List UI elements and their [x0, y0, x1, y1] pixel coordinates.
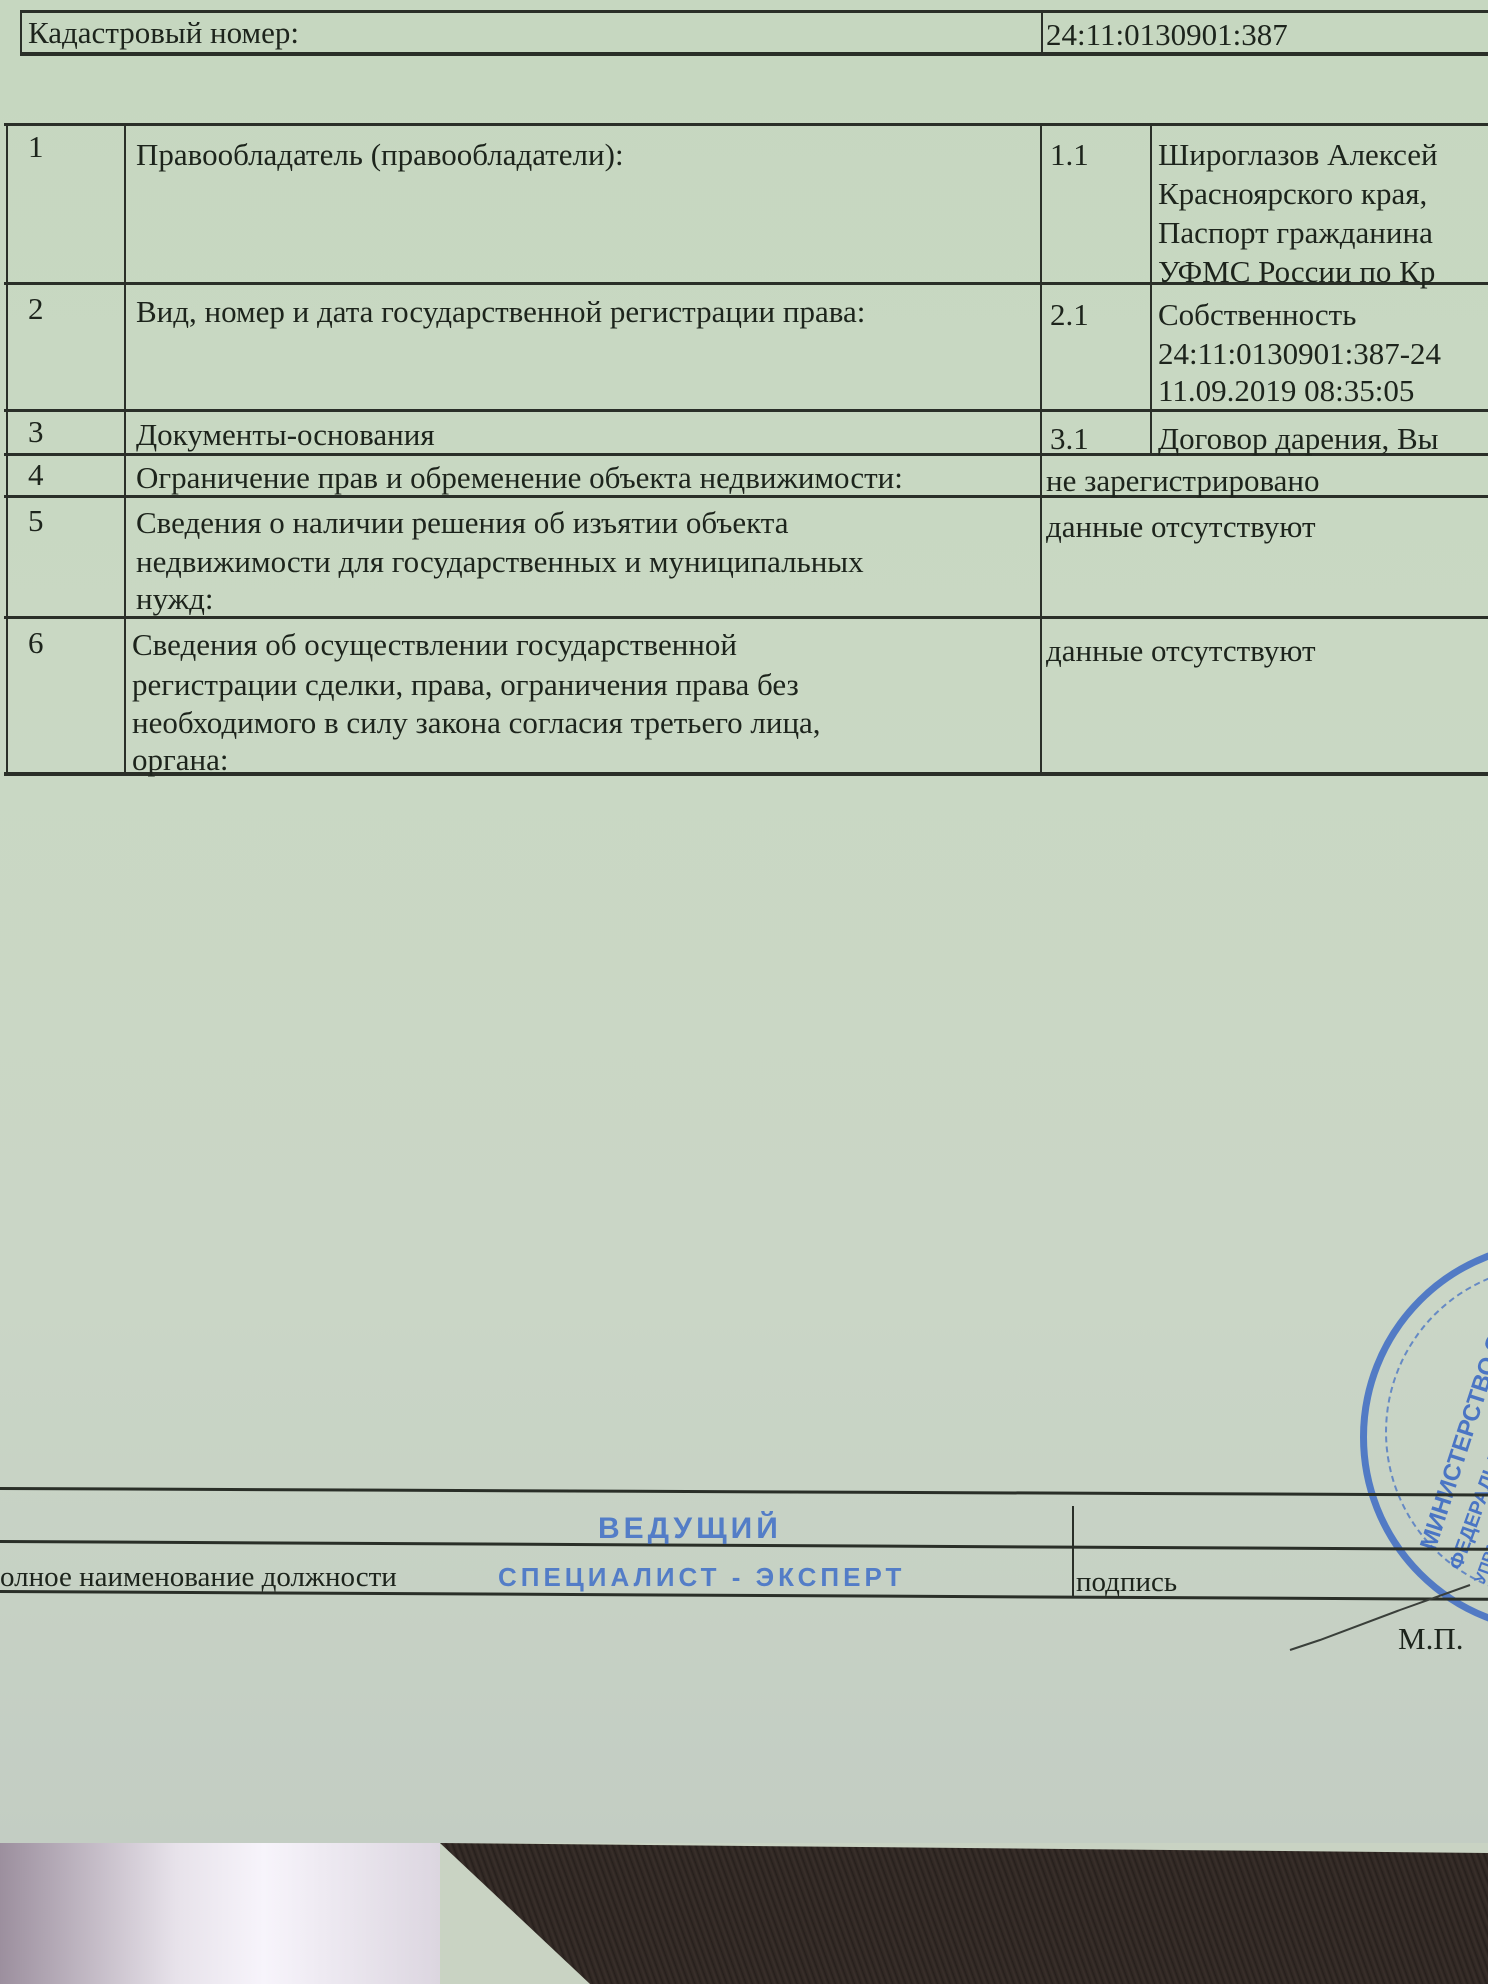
rule: [6, 123, 8, 775]
row-label: Ограничение прав и обременение объекта н…: [136, 459, 903, 497]
stamp-position-line2: СПЕЦИАЛИСТ - ЭКСПЕРТ: [498, 1562, 905, 1593]
rule: [20, 10, 22, 54]
rule: [20, 10, 1488, 13]
rule: [0, 1487, 1488, 1496]
rule: [124, 123, 126, 775]
right-type: Собственность: [1158, 296, 1356, 334]
row-label: Сведения о наличии решения об изъятии об…: [136, 504, 788, 542]
row-label: Сведения об осуществлении государственно…: [132, 626, 737, 664]
rule: [1072, 1506, 1074, 1598]
background-window: [0, 1843, 440, 1984]
signature-caption: подпись: [1076, 1563, 1177, 1601]
stamp-position-line1: ВЕДУЩИЙ: [598, 1512, 782, 1546]
signature-stroke: [1280, 1580, 1488, 1660]
basis-document: Договор дарения, Вы: [1158, 420, 1439, 458]
rule: [1150, 123, 1152, 455]
row-number: 1: [28, 128, 44, 166]
rule: [1041, 10, 1043, 54]
row-subnumber: 1.1: [1050, 136, 1089, 174]
row-label: Вид, номер и дата государственной регист…: [136, 293, 865, 331]
seizure-value: данные отсутствуют: [1046, 508, 1316, 546]
row-number: 5: [28, 502, 44, 540]
row-number: 4: [28, 456, 44, 494]
row-subnumber: 3.1: [1050, 420, 1089, 458]
row-subnumber: 2.1: [1050, 296, 1089, 334]
rule: [4, 616, 1488, 619]
row-label: нужд:: [136, 580, 214, 618]
row-label: регистрации сделки, права, ограничения п…: [132, 666, 799, 704]
registration-date: 11.09.2019 08:35:05: [1158, 372, 1414, 410]
registration-number: 24:11:0130901:387-24: [1158, 335, 1441, 373]
rule: [1040, 123, 1042, 775]
row-label: органа:: [132, 741, 228, 779]
owner-name: Широглазов Алексей: [1158, 136, 1438, 174]
row-label: необходимого в силу закона согласия трет…: [132, 704, 821, 742]
owner-issuer: УФМС России по Кр: [1158, 253, 1435, 291]
owner-passport: Паспорт гражданина: [1158, 214, 1433, 252]
row-number: 6: [28, 624, 44, 662]
encumbrance-value: не зарегистрировано: [1046, 462, 1320, 500]
row-label: Правообладатель (правообладатели):: [136, 136, 624, 174]
cadastral-value: 24:11:0130901:387: [1046, 16, 1288, 54]
document-page: Кадастровый номер: 24:11:0130901:387 1 П…: [0, 0, 1488, 1843]
owner-region: Красноярского края,: [1158, 175, 1427, 213]
row-number: 3: [28, 413, 44, 451]
rule: [4, 123, 1488, 126]
background-desk: [440, 1843, 1488, 1984]
row-label: Документы-основания: [136, 416, 435, 454]
cadastral-label: Кадастровый номер:: [28, 14, 299, 52]
consent-value: данные отсутствуют: [1046, 632, 1316, 670]
row-number: 2: [28, 290, 44, 328]
row-label: недвижимости для государственных и муниц…: [136, 543, 864, 581]
position-caption: олное наименование должности: [0, 1558, 397, 1596]
